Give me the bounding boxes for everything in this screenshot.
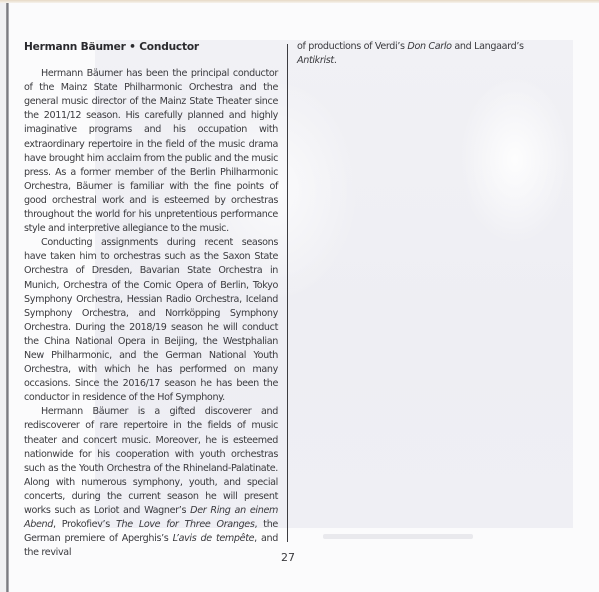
continued-paragraph: of productions of Verdi’s Don Carlo and … bbox=[297, 40, 553, 68]
text-segment: , Prokofiev’s bbox=[53, 519, 116, 530]
text-segment: Hermann Bäumer is a gifted discoverer an… bbox=[24, 406, 278, 516]
text-segment: of productions of Verdi’s bbox=[297, 41, 407, 52]
section-heading: Hermann Bäumer • Conductor bbox=[24, 40, 278, 54]
left-text-column: Hermann Bäumer • Conductor Hermann Bäume… bbox=[24, 40, 278, 560]
work-title: The Love for Three Oranges bbox=[116, 519, 255, 530]
column-divider bbox=[287, 44, 288, 542]
text-segment: . bbox=[334, 55, 337, 66]
paragraph-2: Conducting assignments during recent sea… bbox=[24, 236, 278, 405]
photo-credit-faint bbox=[323, 534, 473, 539]
paragraph-1: Hermann Bäumer has been the principal co… bbox=[24, 67, 278, 236]
work-title: Don Carlo bbox=[407, 41, 451, 52]
page-top-edge bbox=[0, 0, 599, 3]
text-segment: Hermann Bäumer has been the principal co… bbox=[24, 68, 278, 234]
text-segment: Conducting assignments during recent sea… bbox=[24, 237, 278, 403]
work-title: Antikrist bbox=[297, 55, 334, 66]
page-number: 27 bbox=[281, 551, 295, 564]
work-title: L’avis de tempête bbox=[173, 533, 255, 544]
paragraph-3: Hermann Bäumer is a gifted discoverer an… bbox=[24, 405, 278, 560]
right-text-column: of productions of Verdi’s Don Carlo and … bbox=[297, 40, 553, 68]
text-segment: and Langaard’s bbox=[452, 41, 524, 52]
page-binding-edge bbox=[6, 0, 9, 592]
